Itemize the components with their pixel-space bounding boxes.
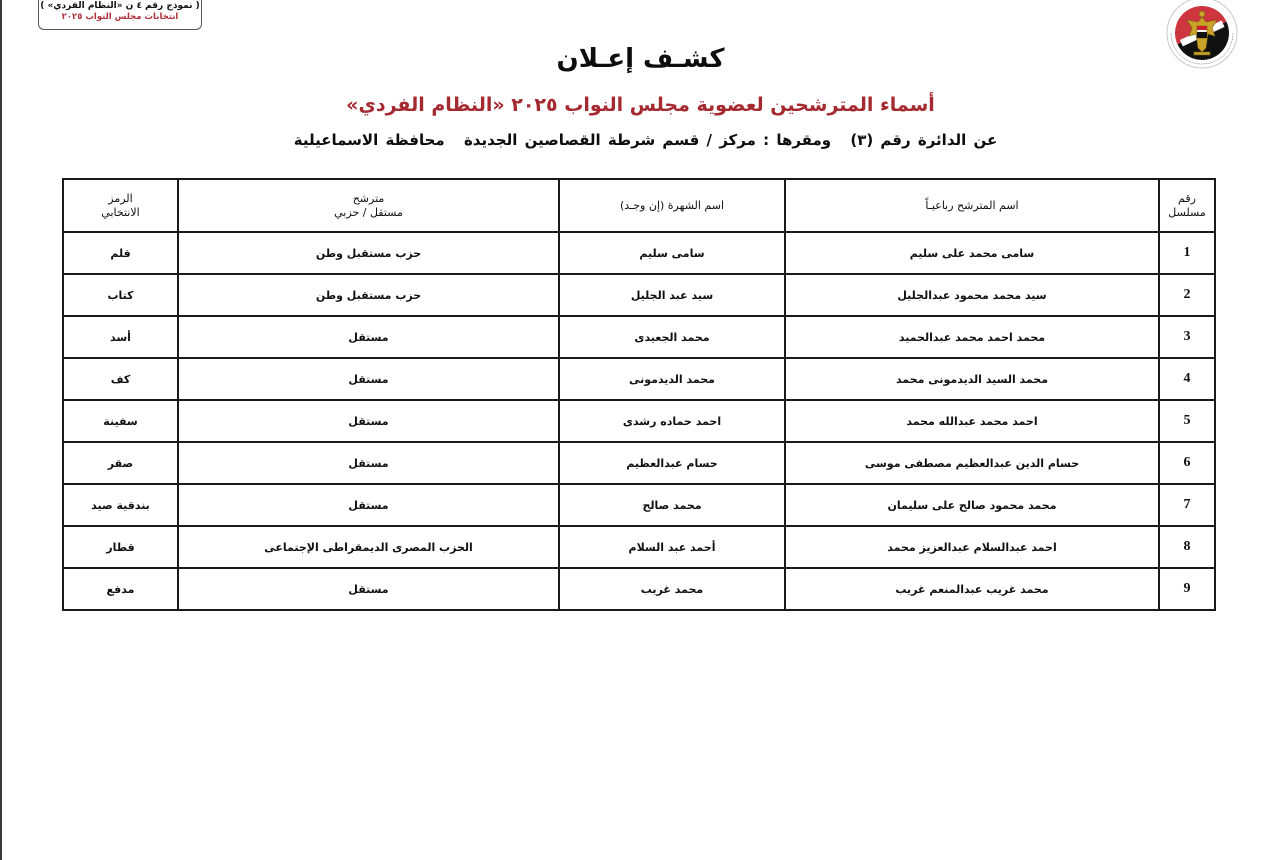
candidates-table: رقم مسلسل اسم المترشح رباعيـاً اسم الشهر… <box>62 178 1216 611</box>
district-info: عن الدائرة رقم (٣) ومقرها : مركز / قسم ش… <box>0 131 1261 149</box>
cell-full-name: محمد احمد محمد عبدالحميد <box>785 316 1159 358</box>
cell-nickname: محمد غريب <box>559 568 785 610</box>
cell-nickname: سامى سليم <box>559 232 785 274</box>
cell-electoral-symbol: صقر <box>63 442 178 484</box>
header-candidate-type: مترشح مستقل / حزبي <box>178 179 559 232</box>
page-left-border <box>0 0 2 860</box>
cell-serial: 9 <box>1159 568 1215 610</box>
table-row: 4 محمد السيد الديدمونى محمد محمد الديدمو… <box>63 358 1215 400</box>
header-serial: رقم مسلسل <box>1159 179 1215 232</box>
cell-full-name: محمد محمود صالح على سليمان <box>785 484 1159 526</box>
table-row: 6 حسام الدين عبدالعظيم مصطفى موسى حسام ع… <box>63 442 1215 484</box>
cell-nickname: احمد حماده رشدى <box>559 400 785 442</box>
cell-nickname: محمد الديدمونى <box>559 358 785 400</box>
header-serial-line2: مسلسل <box>1164 206 1210 220</box>
cell-electoral-symbol: قطار <box>63 526 178 568</box>
table-row: 2 سيد محمد محمود عبدالجليل سيد عبد الجلي… <box>63 274 1215 316</box>
table-row: 3 محمد احمد محمد عبدالحميد محمد الجعيدى … <box>63 316 1215 358</box>
table-row: 9 محمد غريب عبدالمنعم غريب محمد غريب مست… <box>63 568 1215 610</box>
cell-full-name: محمد غريب عبدالمنعم غريب <box>785 568 1159 610</box>
cell-serial: 6 <box>1159 442 1215 484</box>
cell-full-name: حسام الدين عبدالعظيم مصطفى موسى <box>785 442 1159 484</box>
cell-full-name: سامى محمد على سليم <box>785 232 1159 274</box>
table-header-row: رقم مسلسل اسم المترشح رباعيـاً اسم الشهر… <box>63 179 1215 232</box>
cell-serial: 5 <box>1159 400 1215 442</box>
page-title: كشـف إعـلان <box>0 44 1261 74</box>
cell-serial: 1 <box>1159 232 1215 274</box>
header-serial-line1: رقم <box>1164 192 1210 206</box>
cell-nickname: محمد صالح <box>559 484 785 526</box>
form-number-box: ( نموذج رقم ٤ ن «النظام الفردي» ) انتخاب… <box>38 0 202 30</box>
header-symbol-line2: الانتخابي <box>68 206 173 220</box>
district-seat: ومقرها : مركز / قسم شرطة القصاصين الجديد… <box>464 131 831 149</box>
cell-full-name: احمد عبدالسلام عبدالعزيز محمد <box>785 526 1159 568</box>
cell-electoral-symbol: أسد <box>63 316 178 358</box>
table-row: 8 احمد عبدالسلام عبدالعزيز محمد أحمد عبد… <box>63 526 1215 568</box>
header-type-line2: مستقل / حزبي <box>183 206 554 220</box>
cell-electoral-symbol: مدفع <box>63 568 178 610</box>
cell-candidate-type: حزب مستقبل وطن <box>178 232 559 274</box>
page-subtitle: أسماء المترشحين لعضوية مجلس النواب ٢٠٢٥ … <box>0 94 1261 116</box>
cell-electoral-symbol: كف <box>63 358 178 400</box>
cell-nickname: سيد عبد الجليل <box>559 274 785 316</box>
cell-full-name: احمد محمد عبدالله محمد <box>785 400 1159 442</box>
header-type-line1: مترشح <box>183 192 554 206</box>
cell-candidate-type: مستقل <box>178 316 559 358</box>
cell-nickname: محمد الجعيدى <box>559 316 785 358</box>
table-row: 7 محمد محمود صالح على سليمان محمد صالح م… <box>63 484 1215 526</box>
table-row: 1 سامى محمد على سليم سامى سليم حزب مستقب… <box>63 232 1215 274</box>
cell-candidate-type: مستقل <box>178 484 559 526</box>
table-row: 5 احمد محمد عبدالله محمد احمد حماده رشدى… <box>63 400 1215 442</box>
cell-candidate-type: حزب مستقبل وطن <box>178 274 559 316</box>
cell-serial: 4 <box>1159 358 1215 400</box>
header-symbol-line1: الرمز <box>68 192 173 206</box>
cell-nickname: حسام عبدالعظيم <box>559 442 785 484</box>
header-full-name: اسم المترشح رباعيـاً <box>785 179 1159 232</box>
cell-electoral-symbol: قلم <box>63 232 178 274</box>
cell-electoral-symbol: سفينة <box>63 400 178 442</box>
cell-nickname: أحمد عبد السلام <box>559 526 785 568</box>
district-number: عن الدائرة رقم (٣) <box>850 131 997 149</box>
cell-candidate-type: مستقل <box>178 568 559 610</box>
cell-serial: 8 <box>1159 526 1215 568</box>
cell-electoral-symbol: بندقية صيد <box>63 484 178 526</box>
cell-candidate-type: الحزب المصرى الديمقراطى الإجتماعى <box>178 526 559 568</box>
cell-serial: 3 <box>1159 316 1215 358</box>
cell-full-name: محمد السيد الديدمونى محمد <box>785 358 1159 400</box>
cell-serial: 2 <box>1159 274 1215 316</box>
form-number-label: ( نموذج رقم ٤ ن «النظام الفردي» ) <box>39 1 201 12</box>
cell-serial: 7 <box>1159 484 1215 526</box>
header-nickname: اسم الشهرة (إن وجـد) <box>559 179 785 232</box>
header-electoral-symbol: الرمز الانتخابي <box>63 179 178 232</box>
cell-candidate-type: مستقل <box>178 400 559 442</box>
cell-candidate-type: مستقل <box>178 442 559 484</box>
district-governorate: محافظة الاسماعيلية <box>294 131 445 149</box>
election-label: انتخابات مجلس النواب ٢٠٢٥ <box>39 12 201 23</box>
cell-full-name: سيد محمد محمود عبدالجليل <box>785 274 1159 316</box>
cell-electoral-symbol: كتاب <box>63 274 178 316</box>
cell-candidate-type: مستقل <box>178 358 559 400</box>
